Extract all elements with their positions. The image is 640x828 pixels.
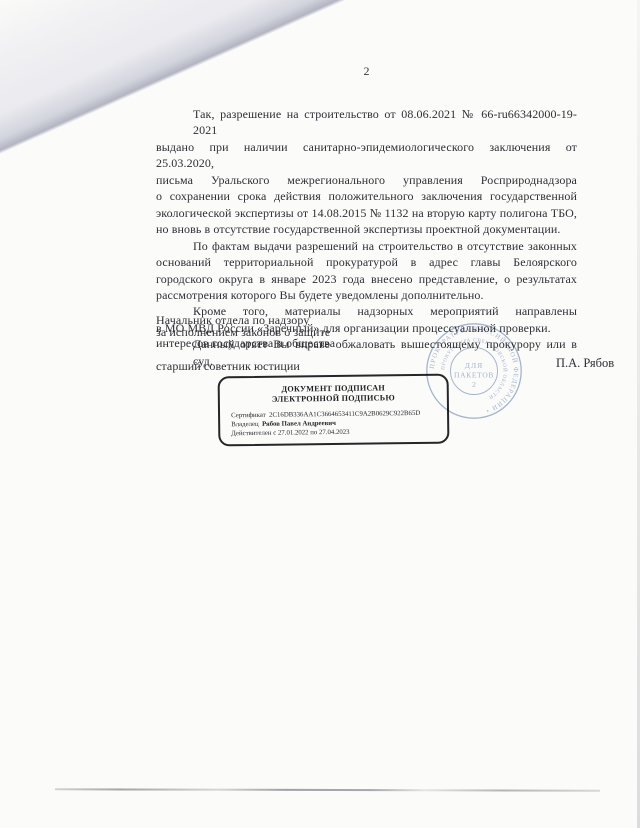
esign-cert-label: Сертификат (231, 411, 266, 418)
esign-owner-label: Владелец (231, 421, 259, 428)
signatory-rank: старший советник юстиции (156, 361, 335, 373)
body-line: о сохранении срока действия положительно… (156, 188, 577, 204)
signatory-block: Начальник отдела по надзору за исполнени… (156, 315, 335, 372)
body-line: письма Уральского межрегионального управ… (156, 172, 577, 188)
paragraph-1: Так, разрешение на строительство от 08.0… (156, 106, 577, 238)
electronic-signature-box: ДОКУМЕНТ ПОДПИСАН ЭЛЕКТРОННОЙ ПОДПИСЬЮ С… (218, 374, 450, 447)
body-line: городского округа в январе 2023 года вне… (156, 271, 577, 287)
body-line: рассмотрения которого Вы будете уведомле… (156, 287, 577, 303)
body-line: но вновь в отсутствие государственной эк… (156, 221, 577, 237)
signatory-name: П.А. Рябов (556, 356, 614, 371)
stamp-center-line2: ПАКЕТОВ (454, 371, 494, 380)
esign-validity-line: Действителен с 27.01.2022 по 27.04.2023 (231, 427, 447, 439)
scanned-document-page: { "page": { "number": "2" }, "body": { "… (0, 0, 640, 828)
esign-title-line2: ЭЛЕКТРОННОЙ ПОДПИСЬЮ (220, 392, 447, 405)
esign-owner-name: Рябов Павел Андреевич (262, 420, 336, 428)
body-line: Так, разрешение на строительство от 08.0… (156, 106, 577, 139)
body-line: выдано при наличии санитарно-эпидемиолог… (156, 139, 577, 172)
body-line: экологической экспертизы от 14.08.2015 №… (156, 205, 577, 221)
esign-details: Сертификат 2C16DB336AA1C3664653411C9A2B0… (231, 408, 447, 439)
stamp-center-line3: 2 (472, 380, 476, 389)
page-number: 2 (156, 64, 577, 79)
body-line: По фактам выдачи разрешений на строитель… (156, 238, 577, 254)
paragraph-2: По фактам выдачи разрешений на строитель… (156, 238, 577, 304)
page-bottom-edge-line (55, 788, 600, 791)
esign-cert-value: 2C16DB336AA1C3664653411C9A2B0629C922B65D (269, 410, 420, 419)
body-line: оснований территориальной прокуратурой в… (156, 254, 577, 270)
signatory-position-line: интересов государства и общества (156, 338, 335, 350)
esign-title: ДОКУМЕНТ ПОДПИСАН ЭЛЕКТРОННОЙ ПОДПИСЬЮ (220, 383, 447, 405)
